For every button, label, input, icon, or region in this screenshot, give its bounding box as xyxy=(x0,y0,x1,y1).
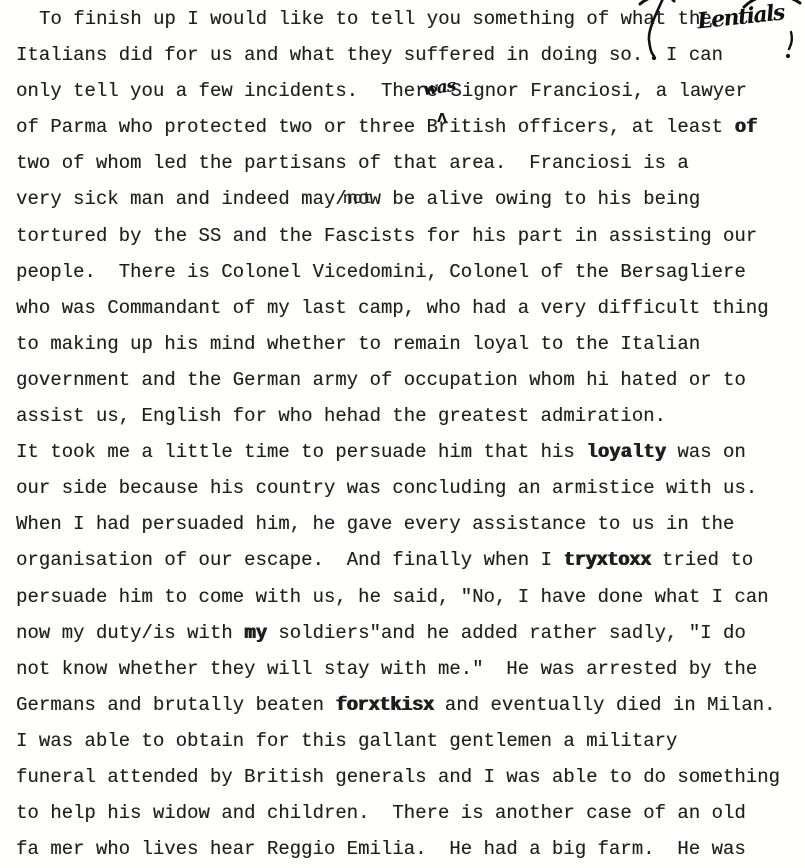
text-line: government and the German army of occupa… xyxy=(16,362,799,398)
text-segment: of Parma who protected two or three Brit… xyxy=(16,116,734,138)
text-line: To finish up I would like to tell you so… xyxy=(16,1,799,37)
text-line: Germans and brutally beaten forxtkisx an… xyxy=(16,687,799,723)
text-segment: Italians did for us and what they suffer… xyxy=(16,44,723,66)
text-segment: to help his widow and children. There is… xyxy=(16,802,746,824)
text-segment: people. There is Colonel Vicedomini, Col… xyxy=(16,261,746,283)
text-segment: who was Commandant of my last camp, who … xyxy=(16,297,769,319)
struck-out-word: forxtkisx xyxy=(335,694,433,716)
text-segment: tried to xyxy=(651,549,754,571)
text-line: When I had persuaded him, he gave every … xyxy=(16,506,799,542)
text-segment: two of whom led the partisans of that ar… xyxy=(16,152,689,174)
text-line: now my duty/is with my soldiers"and he a… xyxy=(16,615,799,651)
overtyped-word: of xyxy=(734,116,757,138)
text-line: to help his widow and children. There is… xyxy=(16,795,799,831)
text-segment: tortured by the SS and the Fascists for … xyxy=(16,225,757,247)
text-segment: fa mer who lives hear Reggio Emilia. He … xyxy=(16,838,746,860)
text-line: two of whom led the partisans of that ar… xyxy=(16,145,799,181)
overtyped-word: my xyxy=(244,622,267,644)
text-line: very sick man and indeed may/notnow be a… xyxy=(16,181,799,217)
text-line: only tell you a few incidents. Therewasʌ… xyxy=(16,73,799,109)
text-line: funeral attended by British generals and… xyxy=(16,759,799,795)
scanned-page: To finish up I would like to tell you so… xyxy=(0,0,805,868)
text-line: organisation of our escape. And finally … xyxy=(16,542,799,578)
text-segment: to making up his mind whether to remain … xyxy=(16,333,700,355)
text-segment: assist us, English for who hehad the gre… xyxy=(16,405,666,427)
typed-insert-word: not xyxy=(343,181,373,217)
text-line: assist us, English for who hehad the gre… xyxy=(16,398,799,434)
text-segment: very sick man and indeed may/ xyxy=(16,188,347,210)
text-segment: To finish up I would like to tell you so… xyxy=(39,8,723,30)
document-body: To finish up I would like to tell you so… xyxy=(16,1,799,867)
text-line: our side because his country was conclud… xyxy=(16,470,799,506)
text-segment: now be alive owing to his being xyxy=(347,188,700,210)
overtyped-word: loyalty xyxy=(586,441,666,463)
text-line: It took me a little time to persuade him… xyxy=(16,434,799,470)
text-segment: It took me a little time to persuade him… xyxy=(16,441,586,463)
text-segment: organisation of our escape. And finally … xyxy=(16,549,563,571)
text-segment: Signor Franciosi, a lawyer xyxy=(450,80,746,102)
text-line: tortured by the SS and the Fascists for … xyxy=(16,218,799,254)
text-line: Italians did for us and what they suffer… xyxy=(16,37,799,73)
text-line: not know whether they will stay with me.… xyxy=(16,651,799,687)
text-segment: not know whether they will stay with me.… xyxy=(16,658,757,680)
text-segment: Germans and brutally beaten xyxy=(16,694,335,716)
text-segment: When I had persuaded him, he gave every … xyxy=(16,513,734,535)
text-segment: now my duty/is with xyxy=(16,622,244,644)
text-segment: our side because his country was conclud… xyxy=(16,477,757,499)
text-segment: government and the German army of occupa… xyxy=(16,369,746,391)
text-segment: funeral attended by British generals and… xyxy=(16,766,780,788)
text-line: to making up his mind whether to remain … xyxy=(16,326,799,362)
text-segment: only tell you a few incidents. There xyxy=(16,80,438,102)
text-segment: was on xyxy=(666,441,746,463)
struck-out-word: tryxtoxx xyxy=(563,549,650,571)
text-line: who was Commandant of my last camp, who … xyxy=(16,290,799,326)
text-line: fa mer who lives hear Reggio Emilia. He … xyxy=(16,831,799,867)
text-line: persuade him to come with us, he said, "… xyxy=(16,579,799,615)
text-segment: soldiers"and he added rather sadly, "I d… xyxy=(267,622,746,644)
text-line: I was able to obtain for this gallant ge… xyxy=(16,723,799,759)
text-line: people. There is Colonel Vicedomini, Col… xyxy=(16,254,799,290)
text-segment: persuade him to come with us, he said, "… xyxy=(16,586,769,608)
text-segment: and eventually died in Milan. xyxy=(433,694,775,716)
insert-caret-icon: ʌ xyxy=(437,101,447,137)
text-segment: I was able to obtain for this gallant ge… xyxy=(16,730,677,752)
text-line: of Parma who protected two or three Brit… xyxy=(16,109,799,145)
